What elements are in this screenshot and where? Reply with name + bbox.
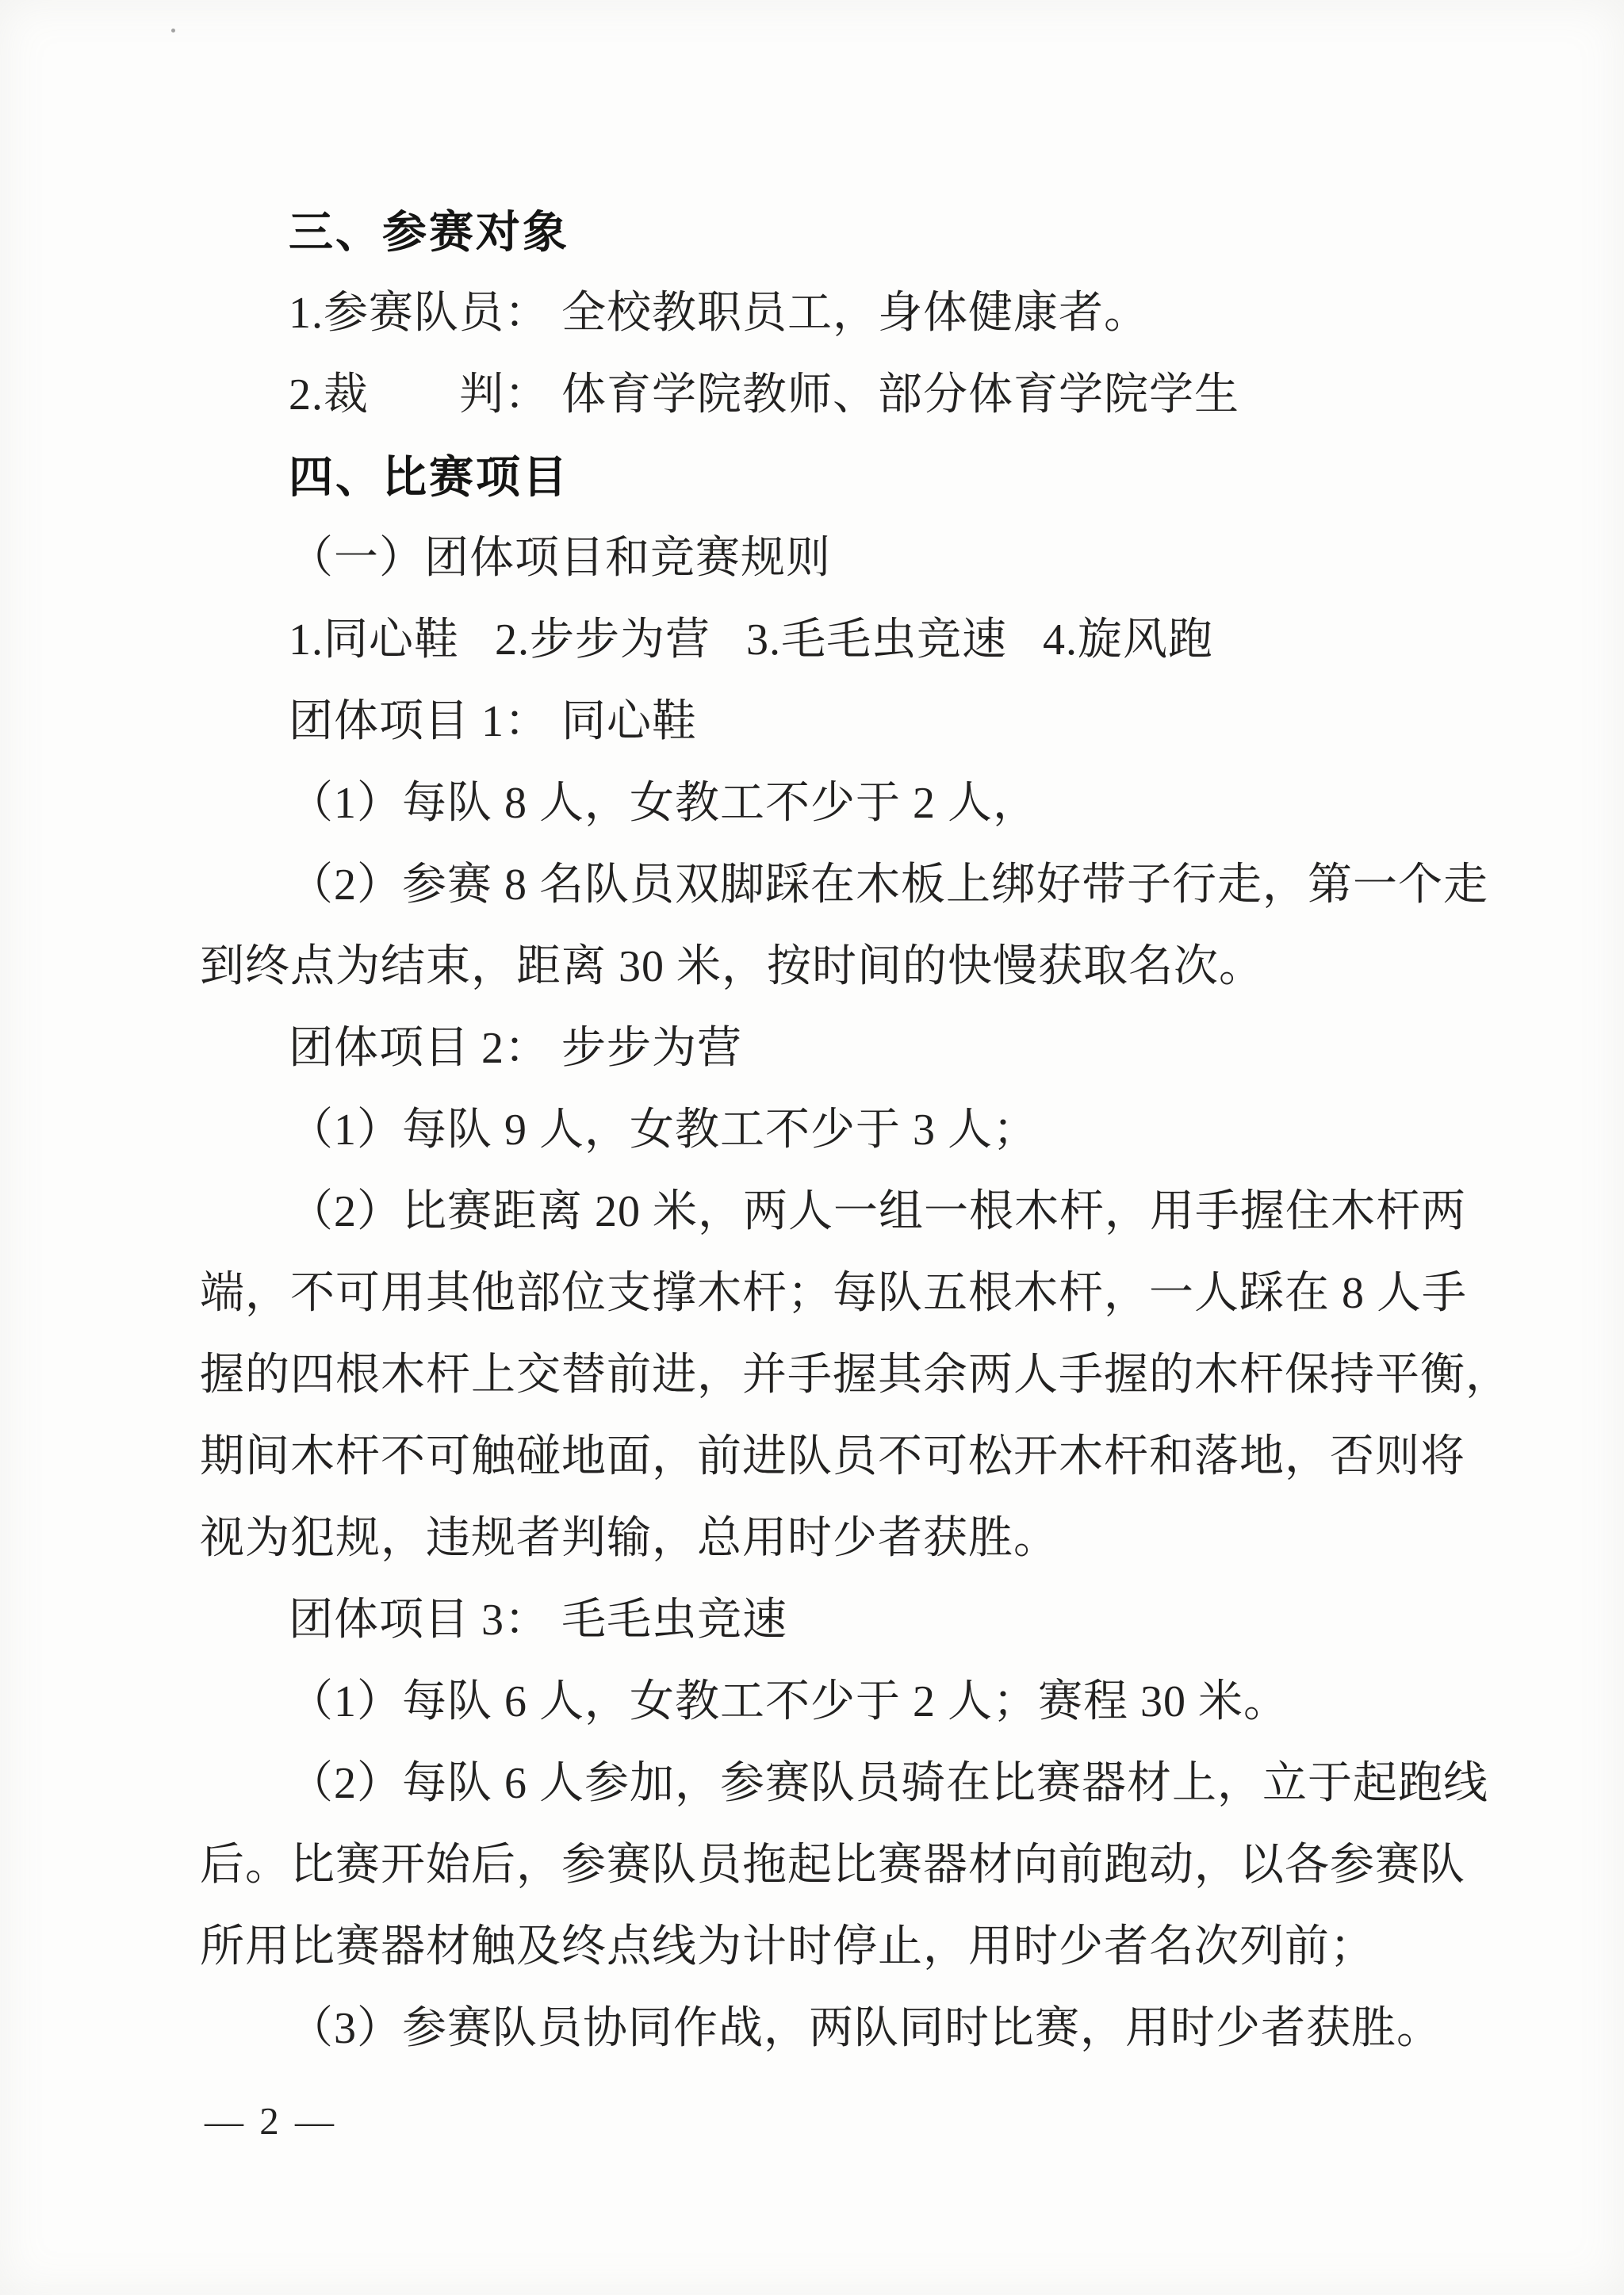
section-heading-3: 三、参赛对象: [200, 191, 1461, 273]
event2-rule2-cont2: 握的四根木杆上交替前进，并手握其余两人手握的木杆保持平衡，: [200, 1335, 1461, 1416]
document-page: 三、参赛对象1.参赛队员： 全校教职员工，身体健康者。2.裁 判： 体育学院教师…: [0, 0, 1624, 2295]
event1-rule2: （2）参赛 8 名队员双脚踩在木板上绑好带子行走，第一个走: [200, 845, 1461, 926]
subsection-heading: （一）团体项目和竞赛规则: [200, 518, 1461, 600]
event2-rule2-cont1: 端，不可用其他部位支撑木杆；每队五根木杆，一人踩在 8 人手: [200, 1253, 1461, 1335]
event3-rule2: （2）每队 6 人参加，参赛队员骑在比赛器材上，立于起跑线: [200, 1743, 1461, 1825]
event2-rule2-cont4: 视为犯规，违规者判输，总用时少者获胜。: [200, 1498, 1461, 1580]
event2-rule1: （1）每队 9 人，女教工不少于 3 人；: [200, 1090, 1461, 1171]
document-body: 三、参赛对象1.参赛队员： 全校教职员工，身体健康者。2.裁 判： 体育学院教师…: [200, 191, 1461, 2070]
event3-title: 团体项目 3： 毛毛虫竞速: [200, 1580, 1461, 1661]
event3-rule2-cont2: 所用比赛器材触及终点线为计时停止，用时少者名次列前；: [200, 1906, 1461, 1988]
event2-rule2-cont3: 期间木杆不可触碰地面，前进队员不可松开木杆和落地，否则将: [200, 1416, 1461, 1498]
event1-rule1: （1）每队 8 人，女教工不少于 2 人，: [200, 763, 1461, 845]
event1-rule2-cont: 到终点为结束，距离 30 米，按时间的快慢获取名次。: [200, 926, 1461, 1008]
scan-speck: [171, 29, 175, 33]
event3-rule3: （3）参赛队员协同作战，两队同时比赛，用时少者获胜。: [200, 1988, 1461, 2070]
event3-rule1: （1）每队 6 人，女教工不少于 2 人；赛程 30 米。: [200, 1661, 1461, 1743]
participants-line: 1.参赛队员： 全校教职员工，身体健康者。: [200, 273, 1461, 354]
event3-rule2-cont1: 后。比赛开始后，参赛队员拖起比赛器材向前跑动，以各参赛队: [200, 1825, 1461, 1906]
event2-title: 团体项目 2： 步步为营: [200, 1008, 1461, 1090]
event1-title: 团体项目 1： 同心鞋: [200, 681, 1461, 763]
event2-rule2: （2）比赛距离 20 米，两人一组一根木杆，用手握住木杆两: [200, 1171, 1461, 1253]
event-list-line: 1.同心鞋 2.步步为营 3.毛毛虫竞速 4.旋风跑: [200, 600, 1461, 681]
page-number: — 2 —: [205, 2098, 337, 2145]
section-heading-4: 四、比赛项目: [200, 436, 1461, 518]
referees-line: 2.裁 判： 体育学院教师、部分体育学院学生: [200, 354, 1461, 436]
